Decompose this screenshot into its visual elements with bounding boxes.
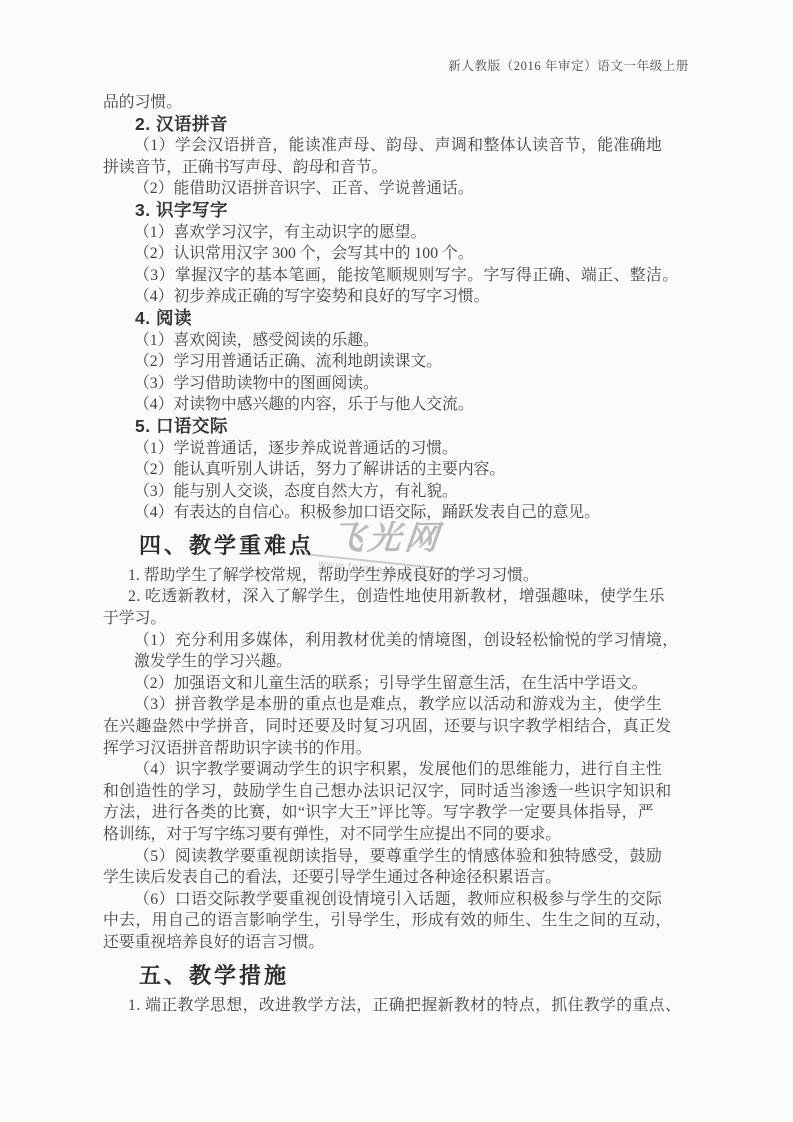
sub-heading: 3. 识字写字 [103, 200, 703, 222]
text-line: （1）充分利用多媒体，利用教材优美的情境图，创设轻松愉悦的学习情境， [103, 630, 703, 652]
text-line: （2）加强语文和儿童生活的联系；引导学生留意生活，在生活中学语文。 [103, 673, 703, 695]
text-line: 学生读后发表自己的看法，还要引导学生通过各种途径积累语言。 [103, 867, 703, 889]
document-page: 新人教版（2016 年审定）语文一年级上册 飞光网 www.feiguangwa… [0, 0, 793, 1122]
text-line: （1）喜欢学习汉字，有主动识字的愿望。 [103, 222, 703, 244]
text-line: （3）学习借助读物中的图画阅读。 [103, 373, 703, 395]
text-line: （1）学说普通话，逐步养成说普通话的习惯。 [103, 438, 703, 460]
section-heading: 四、教学重难点 [103, 530, 703, 561]
section-heading: 五、教学措施 [103, 960, 703, 991]
text-line: 中去，用自己的语言影响学生，引导学生，形成有效的师生、生生之间的互动， [103, 910, 703, 932]
text-line: 方法，进行各类的比赛，如“识字大王”评比等。写字教学一定要具体指导，严 [103, 802, 703, 824]
text-line: 挥学习汉语拼音帮助识字读书的作用。 [103, 738, 703, 760]
text-line: 品的习惯。 [103, 92, 703, 114]
text-line: （4）初步养成正确的写字姿势和良好的写字习惯。 [103, 286, 703, 308]
text-line: （3）拼音教学是本册的重点也是难点，教学应以活动和游戏为主，使学生 [103, 694, 703, 716]
text-line: 格训练，对于写字练习要有弹性，对不同学生应提出不同的要求。 [103, 824, 703, 846]
text-line: （4）对读物中感兴趣的内容，乐于与他人交流。 [103, 394, 703, 416]
text-line: 和创造性的学习，鼓励学生自己想办法识记汉字，同时适当渗透一些识字知识和 [103, 781, 703, 803]
text-line: 1. 帮助学生了解学校常规，帮助学生养成良好的学习习惯。 [103, 565, 703, 587]
text-line: 拼读音节，正确书写声母、韵母和音节。 [103, 157, 703, 179]
text-line: （2）认识常用汉字 300 个，会写其中的 100 个。 [103, 243, 703, 265]
text-line: （1）学会汉语拼音，能读准声母、韵母、声调和整体认读音节，能准确地 [103, 135, 703, 157]
document-body: 品的习惯。2. 汉语拼音（1）学会汉语拼音，能读准声母、韵母、声调和整体认读音节… [103, 92, 703, 1016]
text-line: （1）喜欢阅读，感受阅读的乐趣。 [103, 330, 703, 352]
text-line: （4）有表达的自信心。积极参加口语交际，踊跃发表自己的意见。 [103, 502, 703, 524]
text-line: 还要重视培养良好的语言习惯。 [103, 932, 703, 954]
text-line: 2. 吃透新教材，深入了解学生，创造性地使用新教材，增强趣味，使学生乐 [103, 586, 703, 608]
sub-heading: 2. 汉语拼音 [103, 114, 703, 136]
text-line: （2）能认真听别人讲话，努力了解讲话的主要内容。 [103, 459, 703, 481]
text-line: 在兴趣盎然中学拼音，同时还要及时复习巩固，还要与识字教学相结合，真正发 [103, 716, 703, 738]
text-line: （2）能借助汉语拼音识字、正音、学说普通话。 [103, 178, 703, 200]
sub-heading: 5. 口语交际 [103, 416, 703, 438]
text-line: （4）识字教学要调动学生的识字积累，发展他们的思维能力，进行自主性 [103, 759, 703, 781]
text-line: 1. 端正教学思想，改进教学方法，正确把握新教材的特点，抓住教学的重点、 [103, 995, 703, 1017]
text-line: （3）掌握汉字的基本笔画，能按笔顺规则写字。字写得正确、端正、整洁。 [103, 265, 703, 287]
text-line: （6）口语交际教学要重视创设情境引入话题，教师应积极参与学生的交际 [103, 889, 703, 911]
text-line: 于学习。 [103, 608, 703, 630]
text-line: （2）学习用普通话正确、流利地朗读课文。 [103, 351, 703, 373]
sub-heading: 4. 阅读 [103, 308, 703, 330]
page-header: 新人教版（2016 年审定）语文一年级上册 [448, 56, 689, 74]
text-line: （3）能与别人交谈，态度自然大方，有礼貌。 [103, 481, 703, 503]
text-line: 激发学生的学习兴趣。 [103, 651, 703, 673]
text-line: （5）阅读教学要重视朗读指导，要尊重学生的情感体验和独特感受，鼓励 [103, 846, 703, 868]
